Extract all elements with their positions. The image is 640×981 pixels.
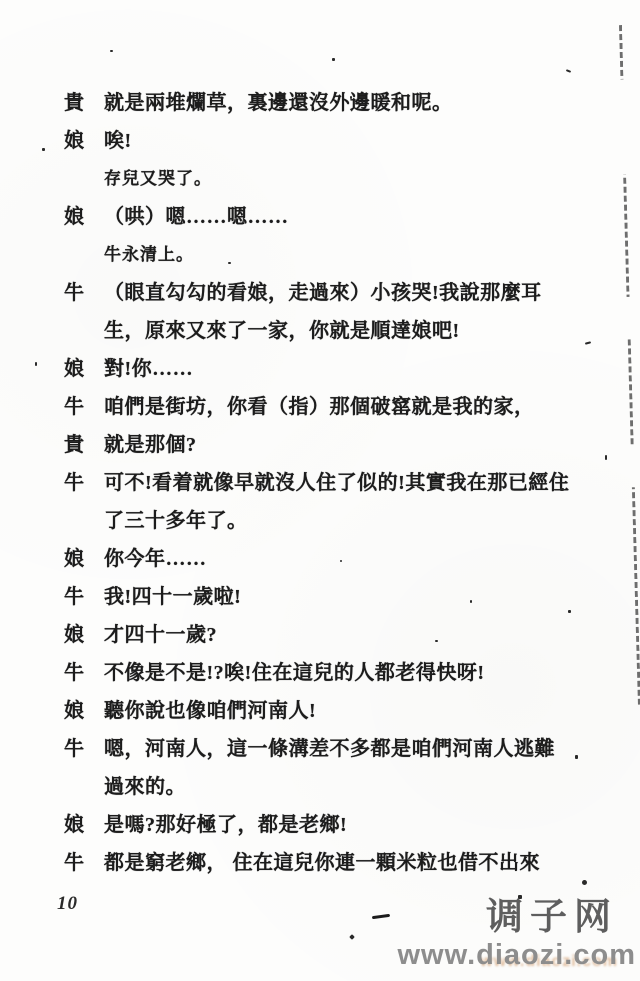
script-line: 牛 嗯，河南人，這一條溝差不多都是咱們河南人逃難過來的。 xyxy=(64,730,576,806)
speaker-label: 貴 xyxy=(64,426,104,464)
script-line: 牛 不像是不是!?唉!住在這兒的人都老得快呀! xyxy=(64,654,576,692)
speaker-label: 牛 xyxy=(64,730,104,768)
line-text: 唉! xyxy=(104,122,570,160)
script-line: 娘 你今年…… xyxy=(64,540,576,578)
speaker-label: 牛 xyxy=(64,388,104,426)
script-line: 娘 聽你說也像咱們河南人! xyxy=(64,692,576,730)
line-text: 牛永清上。 xyxy=(104,236,570,274)
speaker-label: 牛 xyxy=(64,274,104,312)
script-line: 存兒又哭了。 xyxy=(64,160,576,198)
script-line: 娘 對!你…… xyxy=(64,350,576,388)
script-line: 牛 都是窮老鄉， 住在這兒你連一顆米粒也借不出來 xyxy=(64,844,576,882)
line-text: 就是兩堆爛草，裏邊還沒外邊暖和呢。 xyxy=(104,84,570,122)
line-text: 你今年…… xyxy=(104,540,570,578)
script-line: 牛 咱們是街坊，你看（指）那個破窰就是我的家， xyxy=(64,388,576,426)
script-line: 牛 可不!看着就像早就沒人住了似的!其實我在那已經住了三十多年了。 xyxy=(64,464,576,540)
line-text: 我!四十一歲啦! xyxy=(104,578,570,616)
line-text: 是嗎?那好極了，都是老鄉! xyxy=(104,806,570,844)
line-text: 不像是不是!?唉!住在這兒的人都老得快呀! xyxy=(104,654,570,692)
line-text: 就是那個? xyxy=(104,426,570,464)
script-line: 牛 我!四十一歲啦! xyxy=(64,578,576,616)
script-line: 娘 是嗎?那好極了，都是老鄉! xyxy=(64,806,576,844)
speaker-label: 娘 xyxy=(64,198,104,236)
line-text: 嗯，河南人，這一條溝差不多都是咱們河南人逃難過來的。 xyxy=(104,730,570,806)
scanned-script-page: 貴 就是兩堆爛草，裏邊還沒外邊暖和呢。 娘 唉! 存兒又哭了。 娘 （哄）嗯……… xyxy=(0,0,640,981)
speaker-label: 娘 xyxy=(64,692,104,730)
watermark-site-url: www.diaozi.com xyxy=(397,939,636,971)
line-text: （眼直勾勾的看娘，走過來）小孩哭!我說那麼耳生，原來又來了一家，你就是順達娘吧! xyxy=(104,274,570,350)
script-line: 牛永清上。 xyxy=(64,236,576,274)
script-text-block: 貴 就是兩堆爛草，裏邊還沒外邊暖和呢。 娘 唉! 存兒又哭了。 娘 （哄）嗯……… xyxy=(64,84,576,882)
speaker-label: 牛 xyxy=(64,464,104,502)
line-text: 可不!看着就像早就沒人住了似的!其實我在那已經住了三十多年了。 xyxy=(104,464,570,540)
line-text: （哄）嗯……嗯…… xyxy=(104,198,570,236)
speaker-label: 娘 xyxy=(64,540,104,578)
speaker-label: 娘 xyxy=(64,616,104,654)
watermark-url-wrap: www.diaozi.com www.diaozi.com xyxy=(376,939,636,973)
line-text: 聽你說也像咱們河南人! xyxy=(104,692,570,730)
script-line: 貴 就是兩堆爛草，裏邊還沒外邊暖和呢。 xyxy=(64,84,576,122)
script-line: 娘 （哄）嗯……嗯…… xyxy=(64,198,576,236)
line-text: 對!你…… xyxy=(104,350,570,388)
speaker-label: 牛 xyxy=(64,844,104,882)
script-line: 娘 唉! xyxy=(64,122,576,160)
speaker-label: 娘 xyxy=(64,806,104,844)
page-number: 10 xyxy=(57,893,78,915)
speaker-label: 貴 xyxy=(64,84,104,122)
script-line: 娘 才四十一歲? xyxy=(64,616,576,654)
watermark: 调子网 www.diaozi.com www.diaozi.com xyxy=(376,897,636,973)
speaker-label: 娘 xyxy=(64,122,104,160)
watermark-site-name: 调子网 xyxy=(376,897,618,937)
speaker-label: 娘 xyxy=(64,350,104,388)
speaker-label: 牛 xyxy=(64,578,104,616)
scan-edge-artifact xyxy=(616,25,640,705)
line-text: 才四十一歲? xyxy=(104,616,570,654)
line-text: 存兒又哭了。 xyxy=(104,160,570,198)
script-line: 牛 （眼直勾勾的看娘，走過來）小孩哭!我說那麼耳生，原來又來了一家，你就是順達娘… xyxy=(64,274,576,350)
line-text: 咱們是街坊，你看（指）那個破窰就是我的家， xyxy=(104,388,570,426)
script-line: 貴 就是那個? xyxy=(64,426,576,464)
speaker-label: 牛 xyxy=(64,654,104,692)
line-text: 都是窮老鄉， 住在這兒你連一顆米粒也借不出來 xyxy=(104,844,570,882)
